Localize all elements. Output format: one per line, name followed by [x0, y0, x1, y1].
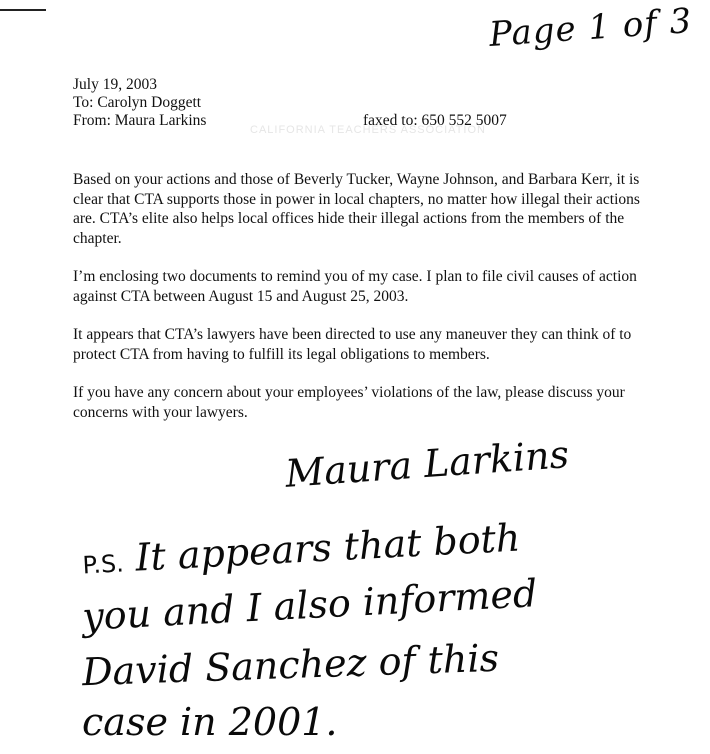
page-marker: Page 1 of 3 [488, 1, 694, 55]
postscript-line: David Sanchez of this [81, 636, 499, 695]
letter-sender: From: Maura Larkins [73, 112, 206, 130]
postscript-label: P.S. [82, 549, 125, 579]
letter-date: July 19, 2003 [73, 76, 206, 94]
letter-recipient: To: Carolyn Doggett [73, 94, 206, 112]
postscript-line: case in 2001. [82, 700, 338, 744]
handwritten-signature: Maura Larkins [284, 432, 571, 496]
fax-number: faxed to: 650 552 5007 [363, 112, 507, 130]
paragraph: Based on your actions and those of Bever… [73, 170, 643, 248]
letter-body: Based on your actions and those of Bever… [73, 170, 643, 441]
postscript-line: P.S.It appears that both [81, 516, 521, 583]
corner-mark [0, 9, 46, 11]
paragraph: It appears that CTA’s lawyers have been … [73, 325, 643, 364]
paragraph: If you have any concern about your emplo… [73, 383, 643, 422]
letter-header: July 19, 2003 To: Carolyn Doggett From: … [73, 76, 206, 130]
postscript-line: you and I also informed [81, 571, 538, 639]
paragraph: I’m enclosing two documents to remind yo… [73, 267, 643, 306]
